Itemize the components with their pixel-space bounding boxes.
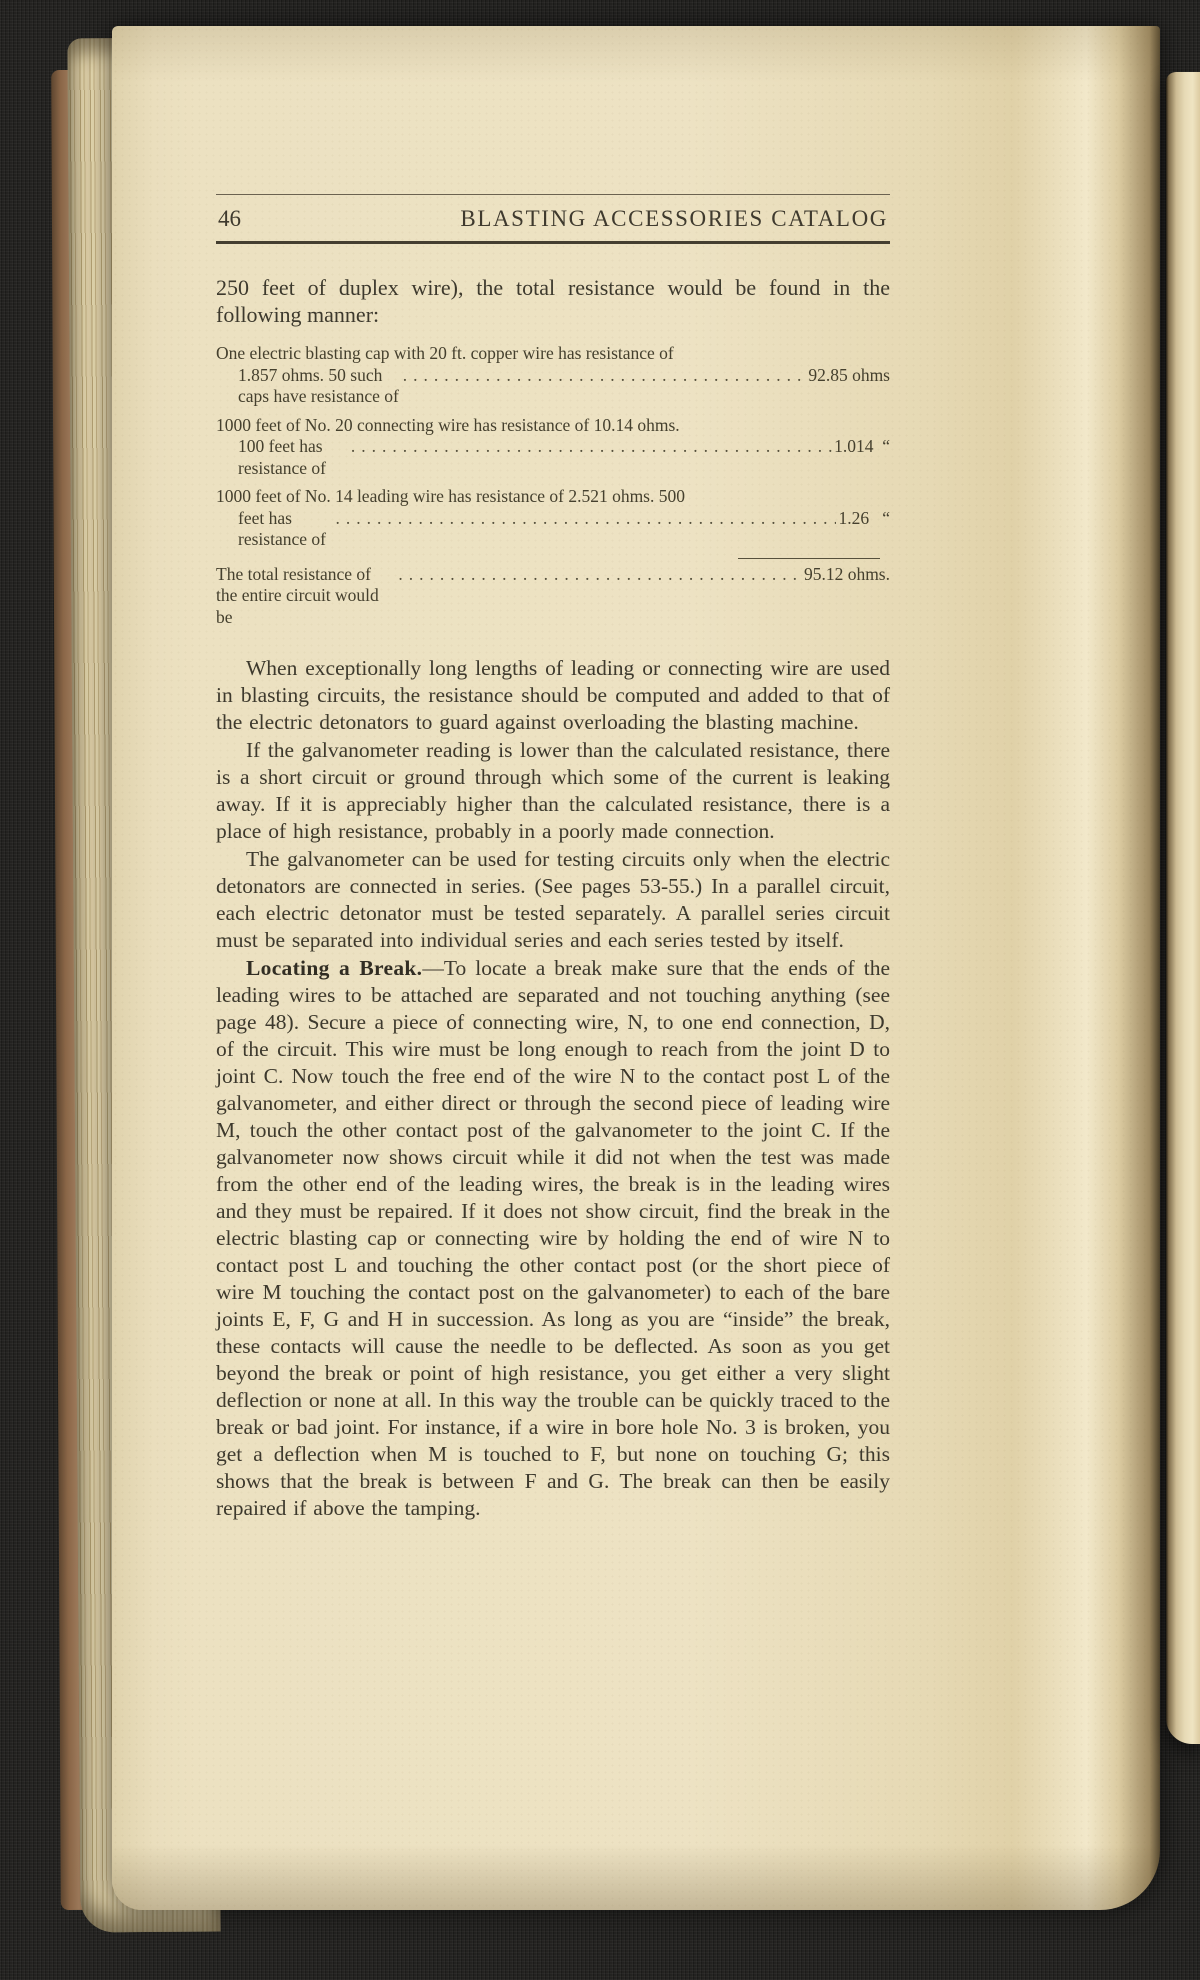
total-label: The total resistance of the entire circu… bbox=[216, 564, 396, 629]
resistance-entry-label: 1.857 ohms. 50 such caps have resistance… bbox=[238, 365, 401, 408]
running-title: BLASTING ACCESSORIES CATALOG bbox=[460, 206, 888, 232]
dot-leader bbox=[403, 365, 807, 387]
locating-a-break-paragraph: Locating a Break.—To locate a break make… bbox=[216, 955, 890, 1522]
resistance-entry-label: feet has resistance of bbox=[238, 508, 333, 551]
resistance-entry-line2: feet has resistance of 1.26 “ bbox=[216, 508, 890, 551]
locating-a-break-heading: Locating a Break. bbox=[246, 956, 422, 980]
dot-leader bbox=[351, 436, 832, 458]
resistance-calculation: One electric blasting cap with 20 ft. co… bbox=[216, 343, 890, 628]
resistance-value: 1.014 “ bbox=[834, 436, 890, 458]
resistance-entry-line1: 1000 feet of No. 20 connecting wire has … bbox=[216, 415, 890, 437]
header-rule-bottom bbox=[216, 241, 890, 244]
resistance-value: 1.26 “ bbox=[838, 508, 890, 530]
page-number: 46 bbox=[218, 206, 241, 232]
intro-paragraph: 250 feet of duplex wire), the total resi… bbox=[216, 274, 890, 328]
facing-page-edge bbox=[1166, 72, 1200, 1744]
locating-a-break-text: —To locate a break make sure that the en… bbox=[216, 956, 890, 1520]
resistance-entry-label: 100 feet has resistance of bbox=[238, 436, 349, 479]
resistance-value: 92.85 ohms bbox=[808, 365, 890, 387]
resistance-entry: 1000 feet of No. 14 leading wire has res… bbox=[216, 486, 890, 551]
page-header: 46 BLASTING ACCESSORIES CATALOG bbox=[216, 195, 890, 241]
resistance-entry-line2: 100 feet has resistance of 1.014 “ bbox=[216, 436, 890, 479]
sum-rule bbox=[738, 558, 880, 559]
resistance-entry: One electric blasting cap with 20 ft. co… bbox=[216, 343, 890, 408]
body-paragraph: The galvanometer can be used for testing… bbox=[216, 846, 890, 954]
total-value: 95.12 ohms. bbox=[804, 564, 890, 586]
photo-background: 46 BLASTING ACCESSORIES CATALOG 250 feet… bbox=[0, 0, 1200, 1980]
body-paragraph: When exceptionally long lengths of leadi… bbox=[216, 655, 890, 736]
resistance-entry-line2: 1.857 ohms. 50 such caps have resistance… bbox=[216, 365, 890, 408]
total-row: The total resistance of the entire circu… bbox=[216, 564, 890, 629]
dot-leader bbox=[398, 564, 802, 586]
dot-leader bbox=[335, 508, 836, 530]
body-paragraph: If the galvanometer reading is lower tha… bbox=[216, 737, 890, 845]
resistance-entry: 1000 feet of No. 20 connecting wire has … bbox=[216, 415, 890, 480]
resistance-entry-line1: 1000 feet of No. 14 leading wire has res… bbox=[216, 486, 890, 508]
resistance-entry-line1: One electric blasting cap with 20 ft. co… bbox=[216, 343, 890, 365]
book-page: 46 BLASTING ACCESSORIES CATALOG 250 feet… bbox=[112, 26, 1160, 1910]
page-content: 46 BLASTING ACCESSORIES CATALOG 250 feet… bbox=[216, 194, 890, 1522]
